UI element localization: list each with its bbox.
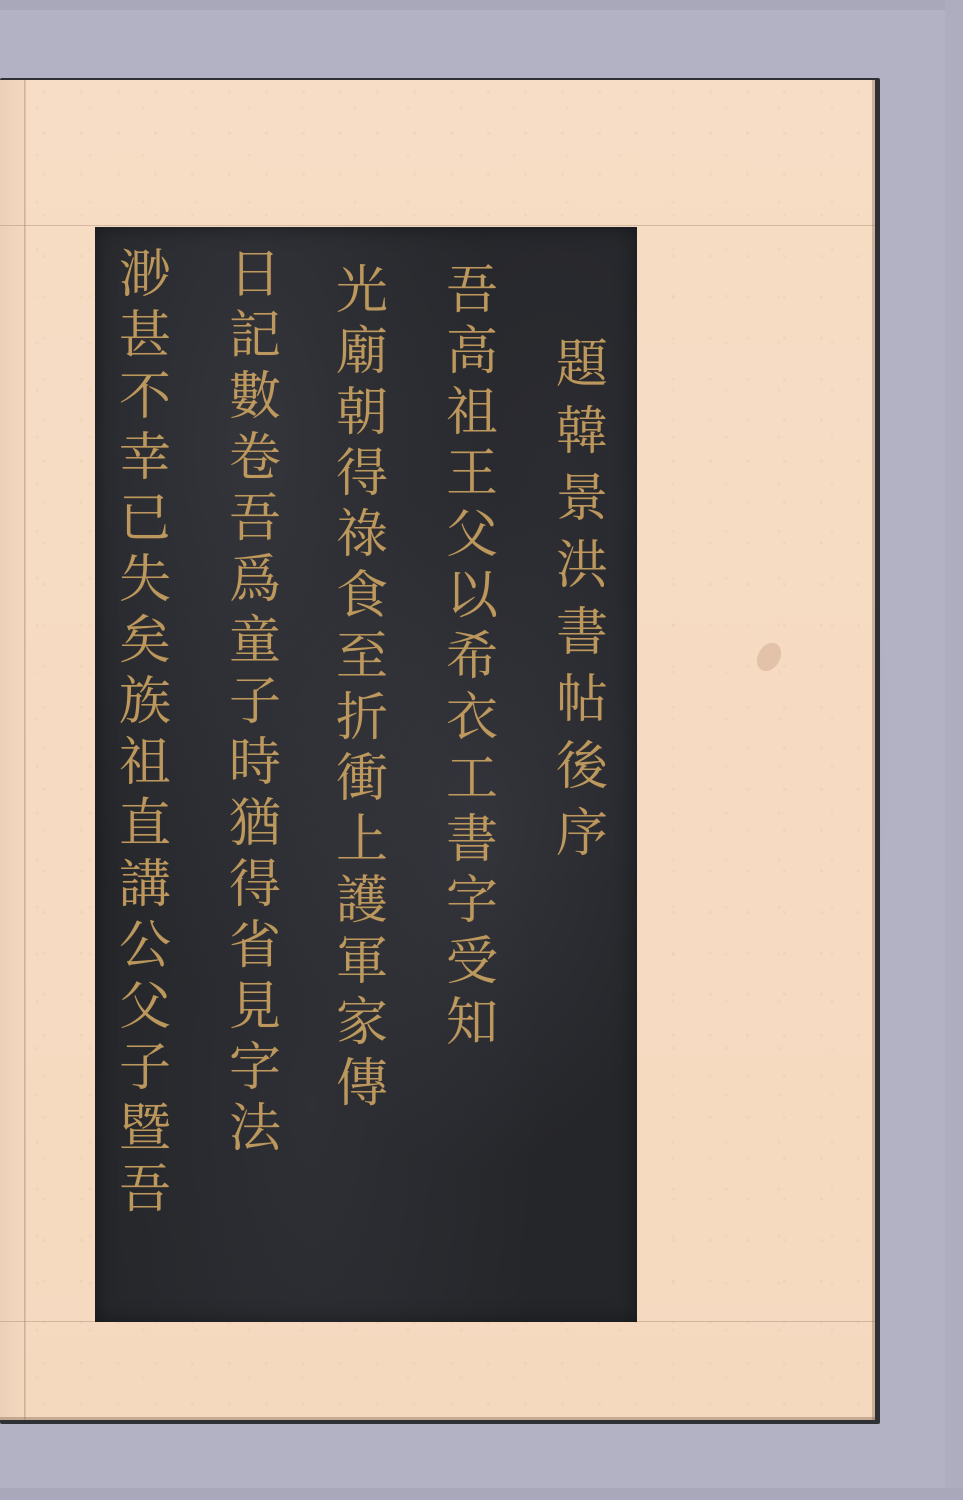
- glyph: 吾: [110, 1164, 180, 1225]
- text-column-3: 光 廟 朝 得 祿 食 至 折 衝 上 護 軍 家 傳: [327, 265, 397, 1119]
- glyph: 高: [437, 326, 507, 387]
- glyph: 得: [220, 859, 290, 920]
- glyph: 講: [110, 859, 180, 920]
- glyph: 渺: [110, 249, 180, 310]
- glyph: 矣: [110, 615, 180, 676]
- glyph: 見: [220, 981, 290, 1042]
- glyph: 家: [327, 997, 397, 1058]
- glyph: 得: [327, 448, 397, 509]
- glyph: 祿: [327, 509, 397, 570]
- background-right-band: [945, 0, 963, 1500]
- glyph: 族: [110, 676, 180, 737]
- paper-stain: [752, 639, 786, 676]
- page-bottom-edge: [0, 1417, 875, 1420]
- glyph: 序: [547, 808, 617, 875]
- glyph: 護: [327, 875, 397, 936]
- glyph: 子: [220, 676, 290, 737]
- glyph: 卷: [220, 432, 290, 493]
- glyph: 工: [437, 753, 507, 814]
- glyph: 廟: [327, 326, 397, 387]
- text-column-5: 渺 甚 不 幸 已 失 矣 族 祖 直 講 公 父 子 暨 吾: [110, 249, 180, 1225]
- glyph: 甚: [110, 310, 180, 371]
- background-bottom-band: [0, 1488, 963, 1500]
- calligraphy-rubbing-panel: 題 韓 景 洪 書 帖 後 序 吾 高 祖 王 父 以 希 衣 工 書 字 受 …: [95, 227, 637, 1322]
- glyph: 光: [327, 265, 397, 326]
- glyph: 日: [220, 249, 290, 310]
- glyph: 已: [110, 493, 180, 554]
- glyph: 時: [220, 737, 290, 798]
- glyph: 軍: [327, 936, 397, 997]
- top-mount-line: [0, 225, 875, 226]
- glyph: 後: [547, 741, 617, 808]
- glyph: 衣: [437, 692, 507, 753]
- glyph: 祖: [437, 387, 507, 448]
- glyph: 景: [547, 473, 617, 540]
- glyph: 字: [220, 1042, 290, 1103]
- glyph: 童: [220, 615, 290, 676]
- glyph: 直: [110, 798, 180, 859]
- glyph: 暨: [110, 1103, 180, 1164]
- glyph: 祖: [110, 737, 180, 798]
- glyph: 上: [327, 814, 397, 875]
- glyph: 希: [437, 631, 507, 692]
- glyph: 知: [437, 997, 507, 1058]
- glyph: 以: [437, 570, 507, 631]
- glyph: 吾: [220, 493, 290, 554]
- glyph: 傳: [327, 1058, 397, 1119]
- glyph: 字: [437, 875, 507, 936]
- glyph: 法: [220, 1103, 290, 1164]
- text-column-4: 日 記 數 卷 吾 爲 童 子 時 猶 得 省 見 字 法: [220, 249, 290, 1164]
- text-column-title: 題 韓 景 洪 書 帖 後 序: [547, 339, 617, 875]
- glyph: 幸: [110, 432, 180, 493]
- glyph: 王: [437, 448, 507, 509]
- glyph: 吾: [437, 265, 507, 326]
- book-gutter: [24, 80, 26, 1420]
- glyph: 受: [437, 936, 507, 997]
- glyph: 衝: [327, 753, 397, 814]
- glyph: 省: [220, 920, 290, 981]
- glyph: 書: [547, 607, 617, 674]
- glyph: 朝: [327, 387, 397, 448]
- glyph: 失: [110, 554, 180, 615]
- background-top-band: [0, 0, 963, 10]
- glyph: 記: [220, 310, 290, 371]
- glyph: 猶: [220, 798, 290, 859]
- left-page-sliver: [0, 80, 24, 1420]
- glyph: 洪: [547, 540, 617, 607]
- glyph: 爲: [220, 554, 290, 615]
- glyph: 父: [110, 981, 180, 1042]
- glyph: 至: [327, 631, 397, 692]
- glyph: 韓: [547, 406, 617, 473]
- glyph: 食: [327, 570, 397, 631]
- glyph: 父: [437, 509, 507, 570]
- glyph: 題: [547, 339, 617, 406]
- text-column-2: 吾 高 祖 王 父 以 希 衣 工 書 字 受 知: [437, 265, 507, 1058]
- glyph: 折: [327, 692, 397, 753]
- page-right-edge: [872, 80, 875, 1420]
- glyph: 帖: [547, 674, 617, 741]
- glyph: 公: [110, 920, 180, 981]
- glyph: 子: [110, 1042, 180, 1103]
- glyph: 書: [437, 814, 507, 875]
- glyph: 不: [110, 371, 180, 432]
- glyph: 數: [220, 371, 290, 432]
